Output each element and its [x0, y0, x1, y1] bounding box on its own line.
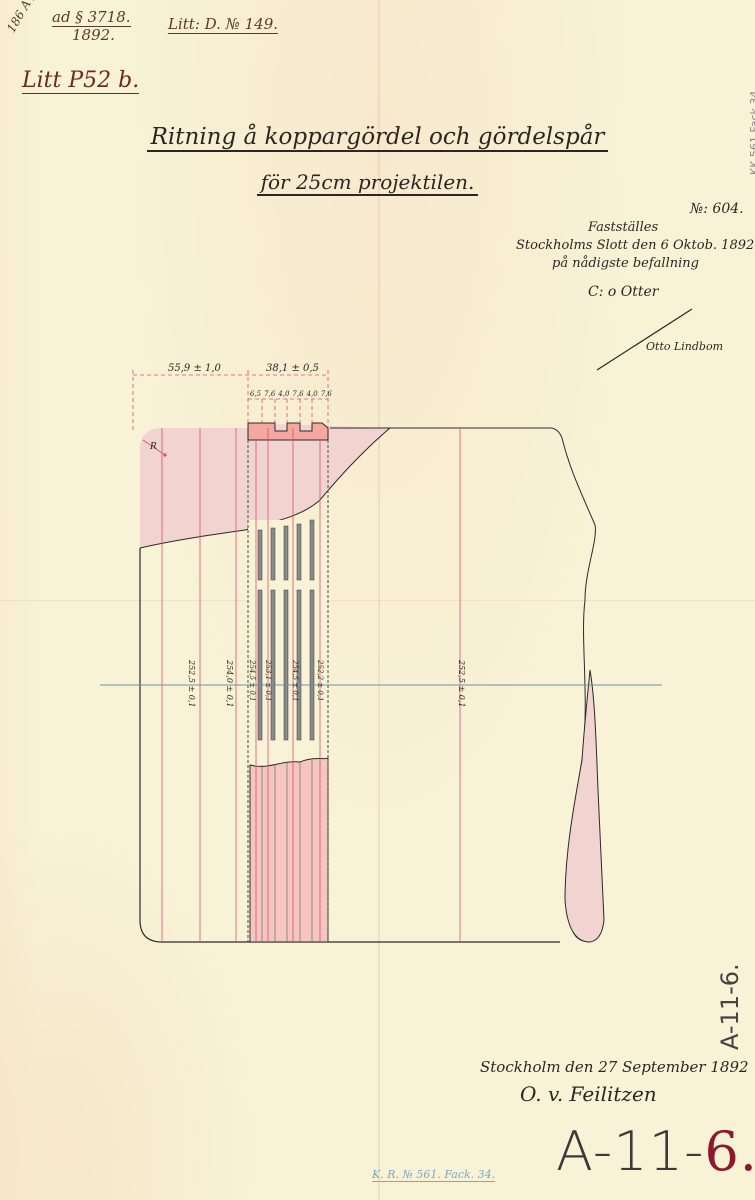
side-catalog-number: A-11-6. [716, 963, 744, 1050]
catalog-prefix: A-11- [556, 1120, 704, 1183]
groove-dim: 6,5 [250, 390, 261, 398]
groove-dim: 4,0 [307, 390, 318, 398]
catalog-suffix: 6. [704, 1120, 755, 1183]
section-fill-tail [565, 670, 604, 942]
dim-vertical-4: 253,1 ± 0,1 [264, 660, 272, 702]
radius-label: R [150, 442, 157, 452]
technical-drawing [0, 0, 755, 1200]
dim-vertical-1: 252,5 ± 0,1 [187, 660, 196, 707]
catalog-number: A-11-6. [556, 1120, 755, 1183]
dim-vertical-6: 252,2 ± 0,1 [316, 660, 324, 702]
footer-signature: O. v. Feilitzen [520, 1082, 657, 1106]
signature-slash [597, 309, 692, 370]
radius-center [163, 453, 166, 456]
groove-dim: 4,0 [278, 390, 289, 398]
dim-band-width: 38,1 ± 0,5 [266, 363, 319, 374]
copper-band-section [248, 423, 328, 440]
projectile-outline-left [140, 548, 560, 942]
dim-vertical-5: 254,5 ± 0,1 [291, 660, 299, 702]
groove-dim: 7,6 [264, 390, 275, 398]
dim-vertical-3: 254,5 ± 0,1 [248, 660, 256, 702]
footer-place-date: Stockholm den 27 September 1892 [480, 1058, 749, 1076]
footer-archive-note: K. R. № 561. Fack. 34. [372, 1168, 495, 1182]
groove-dim: 7,6 [321, 390, 332, 398]
dim-groove-segments: 6,5 7,6 4,0 7,6 4,0 7,6 [250, 390, 332, 398]
groove-dim: 7,6 [292, 390, 303, 398]
dim-vertical-2: 254,0 ± 0,1 [225, 660, 234, 707]
dim-vertical-7: 252,5 ± 0,1 [457, 660, 466, 707]
dim-left-span: 55,9 ± 1,0 [168, 363, 221, 374]
